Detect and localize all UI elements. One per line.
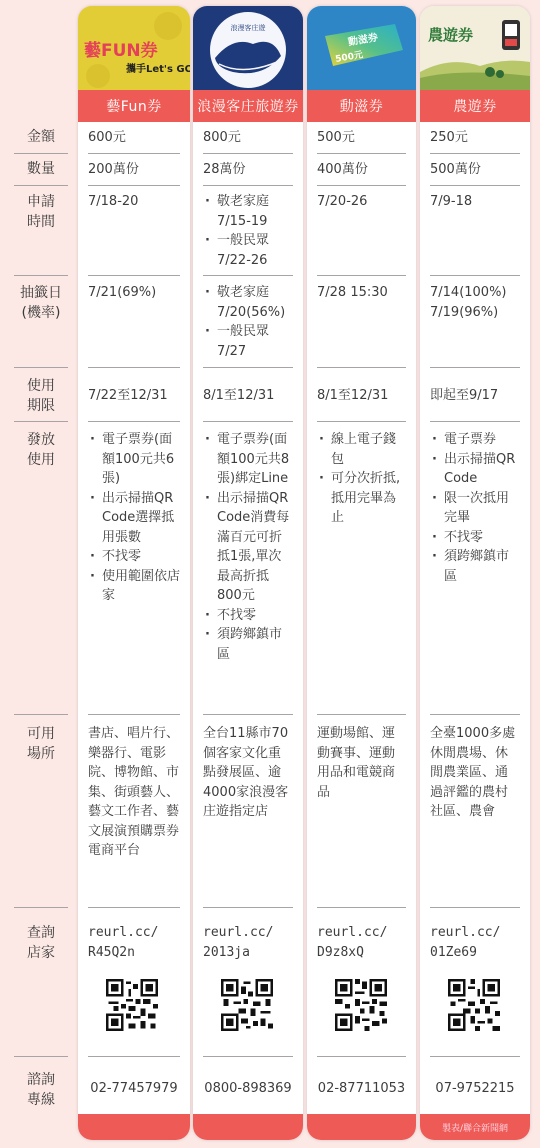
label-venues: 可用場所 bbox=[14, 724, 68, 764]
voucher-image-farm: 農遊券 bbox=[420, 6, 530, 90]
label-amount: 金額 bbox=[14, 127, 68, 147]
divider bbox=[203, 907, 293, 908]
draw-item: 敬老家庭 7/20(56%) bbox=[203, 283, 293, 322]
voucher-image-hakka: 浪漫客庄遊 bbox=[193, 6, 303, 90]
issue-item: 電子票券 bbox=[430, 430, 520, 450]
divider bbox=[14, 714, 68, 715]
apply-value: 7/20-26 bbox=[317, 192, 406, 212]
issue-item: 出示掃描QR Code bbox=[430, 450, 520, 489]
divider bbox=[317, 367, 406, 368]
label-stores: 查詢店家 bbox=[14, 923, 68, 963]
footer-bar bbox=[193, 1114, 303, 1140]
issue-list: 電子票券(面額100元共8張)綁定Line 出示掃描QR Code消費每滿百元可… bbox=[203, 430, 293, 664]
store-lookup-link[interactable]: reurl.cc/01Ze69 bbox=[430, 923, 520, 962]
draw-list: 敬老家庭 7/20(56%) 一般民眾 7/27 bbox=[203, 283, 293, 361]
divider bbox=[317, 185, 406, 186]
voucher-name: 動滋券 bbox=[307, 90, 416, 122]
divider bbox=[317, 421, 406, 422]
voucher-image-sports: 動滋券 500元 bbox=[307, 6, 416, 90]
issue-list: 電子票券(面額100元共6張) 出示掃描QR Code選擇抵用張數 不找零 使用… bbox=[88, 430, 180, 606]
divider bbox=[317, 907, 406, 908]
divider bbox=[203, 1056, 293, 1057]
period-value: 8/1至12/31 bbox=[317, 386, 406, 406]
quantity-value: 200萬份 bbox=[88, 160, 180, 180]
divider bbox=[88, 153, 180, 154]
draw-value: 7/28 15:30 bbox=[317, 283, 406, 303]
divider bbox=[14, 1056, 68, 1057]
voucher-column-sports: 動滋券 500元 動滋券 500元 400萬份 7/20-26 7/28 15:… bbox=[307, 6, 416, 1140]
issue-item: 使用範圍依店家 bbox=[88, 567, 180, 606]
divider bbox=[88, 907, 180, 908]
divider bbox=[317, 1056, 406, 1057]
issue-item: 須跨鄉鎮市區 bbox=[203, 625, 293, 664]
divider bbox=[88, 367, 180, 368]
quantity-value: 400萬份 bbox=[317, 160, 406, 180]
draw-item: 一般民眾 7/27 bbox=[203, 322, 293, 361]
footer-bar bbox=[307, 1114, 416, 1140]
apply-value: 7/9-18 bbox=[430, 192, 520, 212]
divider bbox=[203, 714, 293, 715]
issue-list: 電子票券 出示掃描QR Code 限一次抵用完畢 不找零 須跨鄉鎮市區 bbox=[430, 430, 520, 586]
divider bbox=[88, 185, 180, 186]
svg-text:藝FUN券: 藝FUN券 bbox=[84, 40, 158, 61]
issue-item: 不找零 bbox=[203, 606, 293, 626]
divider bbox=[88, 275, 180, 276]
issue-item: 須跨鄉鎮市區 bbox=[430, 547, 520, 586]
apply-item: 敬老家庭 7/15-19 bbox=[203, 192, 293, 231]
issue-item: 不找零 bbox=[430, 528, 520, 548]
store-lookup-link[interactable]: reurl.cc/D9z8xQ bbox=[317, 923, 406, 962]
hotline-value: 0800-898369 bbox=[203, 1079, 293, 1099]
draw-value: 7/14(100%)7/19(96%) bbox=[430, 283, 520, 322]
venues-value: 運動場館、運動賽事、運動用品和電競商品 bbox=[317, 724, 406, 802]
divider bbox=[430, 153, 520, 154]
divider bbox=[88, 1056, 180, 1057]
svg-text:農遊券: 農遊券 bbox=[428, 26, 473, 44]
issue-item: 電子票券(面額100元共6張) bbox=[88, 430, 180, 489]
voucher-column-hakka: 浪漫客庄遊 浪漫客庄旅遊券 800元 28萬份 敬老家庭 7/15-19 一般民… bbox=[193, 6, 303, 1140]
credit-footer: 製表/聯合新聞網 bbox=[420, 1114, 530, 1140]
voucher-column-yifun: 藝FUN券 攜手Let's GO! 藝Fun券 600元 200萬份 7/18-… bbox=[78, 6, 190, 1140]
label-hotline: 諮詢專線 bbox=[14, 1070, 68, 1110]
qr-code-icon[interactable] bbox=[106, 979, 158, 1031]
issue-item: 出示掃描QR Code消費每滿百元可折抵1張,單次最高折抵800元 bbox=[203, 489, 293, 606]
store-lookup-link[interactable]: reurl.cc/R45Q2n bbox=[88, 923, 180, 962]
qr-code-icon[interactable] bbox=[221, 979, 273, 1031]
divider bbox=[203, 153, 293, 154]
divider bbox=[430, 421, 520, 422]
period-value: 即起至9/17 bbox=[430, 386, 520, 406]
svg-text:攜手Let's GO!: 攜手Let's GO! bbox=[126, 62, 190, 75]
apply-value: 7/18-20 bbox=[88, 192, 180, 212]
draw-value: 7/21(69%) bbox=[88, 283, 180, 303]
amount-value: 600元 bbox=[88, 128, 180, 148]
divider bbox=[317, 275, 406, 276]
label-draw: 抽籤日(機率) bbox=[14, 283, 68, 323]
hotline-value: 02-87711053 bbox=[317, 1079, 406, 1099]
divider bbox=[88, 714, 180, 715]
divider bbox=[430, 714, 520, 715]
footer-bar bbox=[78, 1114, 190, 1140]
svg-text:浪漫客庄遊: 浪漫客庄遊 bbox=[231, 23, 266, 32]
quantity-value: 28萬份 bbox=[203, 160, 293, 180]
issue-item: 出示掃描QR Code選擇抵用張數 bbox=[88, 489, 180, 548]
label-apply: 申請時間 bbox=[14, 192, 68, 232]
issue-item: 電子票券(面額100元共8張)綁定Line bbox=[203, 430, 293, 489]
divider bbox=[317, 153, 406, 154]
apply-item: 一般民眾 7/22-26 bbox=[203, 231, 293, 270]
venues-value: 書店、唱片行、樂器行、電影院、博物館、市集、街頭藝人、藝文工作者、藝文展演預購票… bbox=[88, 724, 180, 861]
qr-code-icon[interactable] bbox=[448, 979, 500, 1031]
issue-item: 線上電子錢包 bbox=[317, 430, 406, 469]
voucher-name: 農遊券 bbox=[420, 90, 530, 122]
period-value: 8/1至12/31 bbox=[203, 386, 293, 406]
hotline-value: 07-9752215 bbox=[430, 1079, 520, 1099]
store-lookup-link[interactable]: reurl.cc/2013ja bbox=[203, 923, 293, 962]
voucher-name: 浪漫客庄旅遊券 bbox=[193, 90, 303, 122]
label-issue: 發放使用 bbox=[14, 430, 68, 470]
divider bbox=[317, 714, 406, 715]
amount-value: 500元 bbox=[317, 128, 406, 148]
divider bbox=[203, 275, 293, 276]
divider bbox=[14, 153, 68, 154]
divider bbox=[203, 185, 293, 186]
label-period: 使用期限 bbox=[14, 376, 68, 416]
divider bbox=[14, 907, 68, 908]
amount-value: 250元 bbox=[430, 128, 520, 148]
divider bbox=[14, 421, 68, 422]
apply-list: 敬老家庭 7/15-19 一般民眾 7/22-26 bbox=[203, 192, 293, 270]
amount-value: 800元 bbox=[203, 128, 293, 148]
period-value: 7/22至12/31 bbox=[88, 386, 180, 406]
venues-value: 全台11縣市70個客家文化重點發展區、逾4000家浪漫客庄遊指定店 bbox=[203, 724, 293, 822]
issue-item: 可分次折抵,抵用完畢為止 bbox=[317, 469, 406, 528]
hotline-value: 02-77457979 bbox=[88, 1079, 180, 1099]
divider bbox=[430, 275, 520, 276]
issue-item: 不找零 bbox=[88, 547, 180, 567]
label-quantity: 數量 bbox=[14, 159, 68, 179]
divider bbox=[430, 185, 520, 186]
voucher-column-farm: 農遊券 農遊券 250元 500萬份 7/9-18 7/14(100%)7/19… bbox=[420, 6, 530, 1140]
divider bbox=[14, 367, 68, 368]
divider bbox=[14, 275, 68, 276]
quantity-value: 500萬份 bbox=[430, 160, 520, 180]
qr-code-icon[interactable] bbox=[335, 979, 387, 1031]
voucher-name: 藝Fun券 bbox=[78, 90, 190, 122]
divider bbox=[430, 367, 520, 368]
divider bbox=[14, 185, 68, 186]
divider bbox=[430, 1056, 520, 1057]
venues-value: 全臺1000多處休閒農場、休閒農業區、通過評鑑的農村社區、農會 bbox=[430, 724, 520, 822]
divider bbox=[203, 421, 293, 422]
divider bbox=[430, 907, 520, 908]
divider bbox=[88, 421, 180, 422]
issue-item: 限一次抵用完畢 bbox=[430, 489, 520, 528]
divider bbox=[203, 367, 293, 368]
issue-list: 線上電子錢包 可分次折抵,抵用完畢為止 bbox=[317, 430, 406, 528]
voucher-image-yifun: 藝FUN券 攜手Let's GO! bbox=[78, 6, 190, 90]
